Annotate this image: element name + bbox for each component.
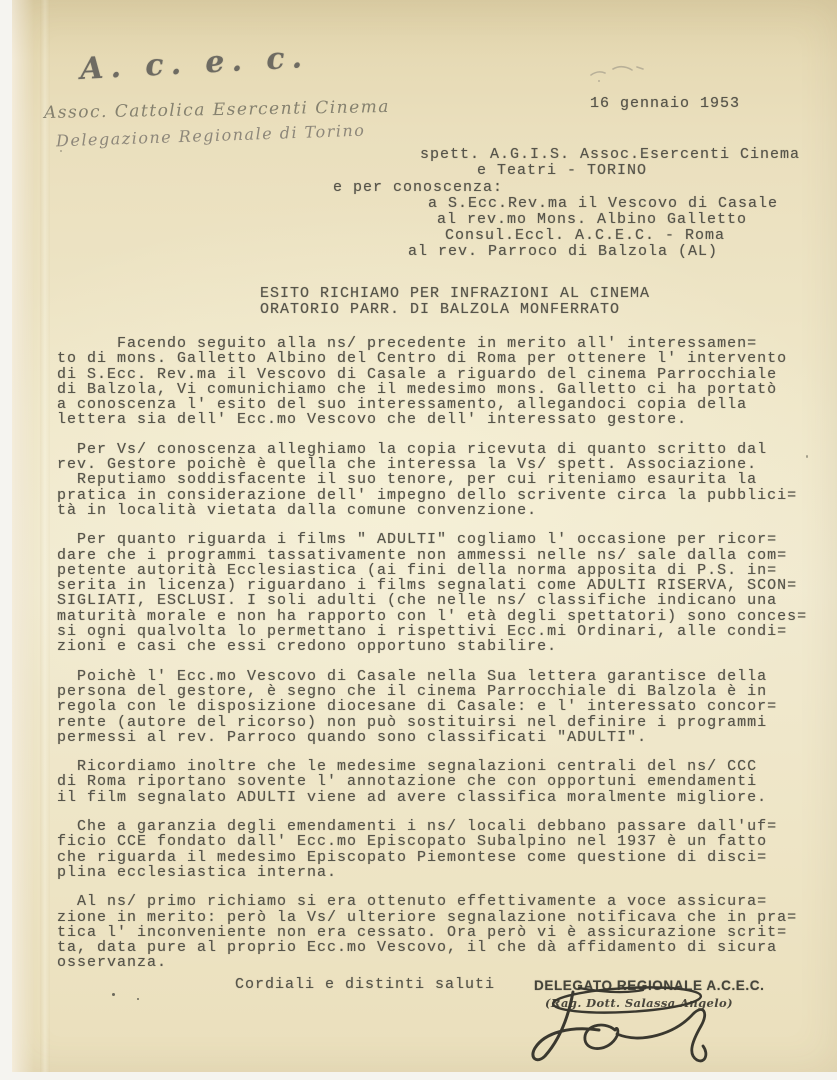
text-line: lettera sia dell' Ecc.mo Vescovo che del…: [57, 412, 807, 427]
text-line: maturità morale e non ha rapporto con l'…: [57, 609, 807, 624]
text-line: rente (autore del ricorso) non può sosti…: [57, 715, 807, 730]
signature: [515, 962, 755, 1080]
text-line: il film segnalato ADULTI viene ad avere …: [57, 790, 807, 805]
text-line: ficio CCE fondato dall' Ecc.mo Episcopat…: [57, 834, 807, 849]
text-line: tica l' inconveniente non era cessato. O…: [57, 925, 807, 940]
text-line: pratica in considerazione dell' impegno …: [57, 488, 807, 503]
subject-line: ORATORIO PARR. DI BALZOLA MONFERRATO: [260, 301, 620, 318]
text-line: Facendo seguito alla ns/ precedente in m…: [57, 336, 807, 351]
date-line: 16 gennaio 1953: [590, 95, 740, 112]
text-line: persona del gestore, è segno che il cine…: [57, 684, 807, 699]
text-line: SIGLIATI, ESCLUSI. I soli adulti (che ne…: [57, 593, 807, 608]
text-line: Al ns/ primo richiamo si era ottenuto ef…: [57, 894, 807, 909]
subject-line: ESITO RICHIAMO PER INFRAZIONI AL CINEMA: [260, 285, 650, 302]
text-line: Per quanto riguarda i films " ADULTI" co…: [57, 532, 807, 547]
paragraph: Facendo seguito alla ns/ precedente in m…: [57, 336, 807, 428]
text-line: ta, data pure al proprio Ecc.mo Vescovo,…: [57, 940, 807, 955]
recipient-line: spett. A.G.I.S. Assoc.Esercenti Cinema: [420, 146, 800, 163]
recipient-line: al rev. Parroco di Balzola (AL): [408, 243, 718, 260]
ink-speck: [112, 993, 115, 996]
text-line: Reputiamo soddisfacente il suo tenore, p…: [57, 472, 807, 487]
text-line: plina ecclesiastica interna.: [57, 865, 807, 880]
ink-speck: [806, 455, 808, 458]
ink-speck: [60, 150, 62, 152]
text-line: tà in località vietata dalla comune conv…: [57, 503, 807, 518]
text-line: dare che i programmi tassativamente non …: [57, 548, 807, 563]
subject-block: ESITO RICHIAMO PER INFRAZIONI AL CINEMA …: [260, 286, 650, 318]
letter-body: Facendo seguito alla ns/ precedente in m…: [57, 336, 807, 985]
paper-left-edge: [12, 0, 34, 1072]
ink-speck: [137, 998, 139, 1000]
text-line: Poichè l' Ecc.mo Vescovo di Casale nella…: [57, 669, 807, 684]
recipient-line: Consul.Eccl. A.C.E.C. - Roma: [445, 227, 725, 244]
text-line: zioni e casi che essi credono opportuno …: [57, 639, 807, 654]
recipient-line: e Teatri - TORINO: [477, 162, 647, 179]
paragraph: Per Vs/ conoscenza alleghiamo la copia r…: [57, 442, 807, 518]
text-line: permessi al rev. Parroco quando sono cla…: [57, 730, 807, 745]
paragraph: Che a garanzia degli emendamenti i ns/ l…: [57, 819, 807, 880]
paper-crease: [40, 0, 50, 1072]
text-line: regola con le disposizione diocesane di …: [57, 699, 807, 714]
text-line: di Roma riportano sovente l' annotazione…: [57, 774, 807, 789]
text-line: petente autorità Ecclesiastica (ai fini …: [57, 563, 807, 578]
paragraph: Poichè l' Ecc.mo Vescovo di Casale nella…: [57, 669, 807, 745]
pencil-smudge: [585, 55, 665, 85]
recipient-line: al rev.mo Mons. Albino Galletto: [437, 211, 747, 228]
closing-line: Cordiali e distinti saluti: [235, 976, 495, 993]
text-line: di Balzola, Vi comunichiamo che il medes…: [57, 382, 807, 397]
text-line: di S.Ecc. Rev.ma il Vescovo di Casale a …: [57, 367, 807, 382]
scanned-letter-page: { "letterhead": { "acronym": "A. c. e. c…: [0, 0, 837, 1080]
paragraph: Per quanto riguarda i films " ADULTI" co…: [57, 532, 807, 654]
recipient-line: e per conoscenza:: [333, 179, 503, 196]
text-line: Per Vs/ conoscenza alleghiamo la copia r…: [57, 442, 807, 457]
text-line: che riguarda il medesimo Episcopato Piem…: [57, 850, 807, 865]
paragraph: Ricordiamo inoltre che le medesime segna…: [57, 759, 807, 805]
recipient-line: a S.Ecc.Rev.ma il Vescovo di Casale: [428, 195, 778, 212]
text-line: to di mons. Galletto Albino del Centro d…: [57, 351, 807, 366]
text-line: zione in merito: però la Vs/ ulteriore s…: [57, 910, 807, 925]
paragraph: Al ns/ primo richiamo si era ottenuto ef…: [57, 894, 807, 970]
